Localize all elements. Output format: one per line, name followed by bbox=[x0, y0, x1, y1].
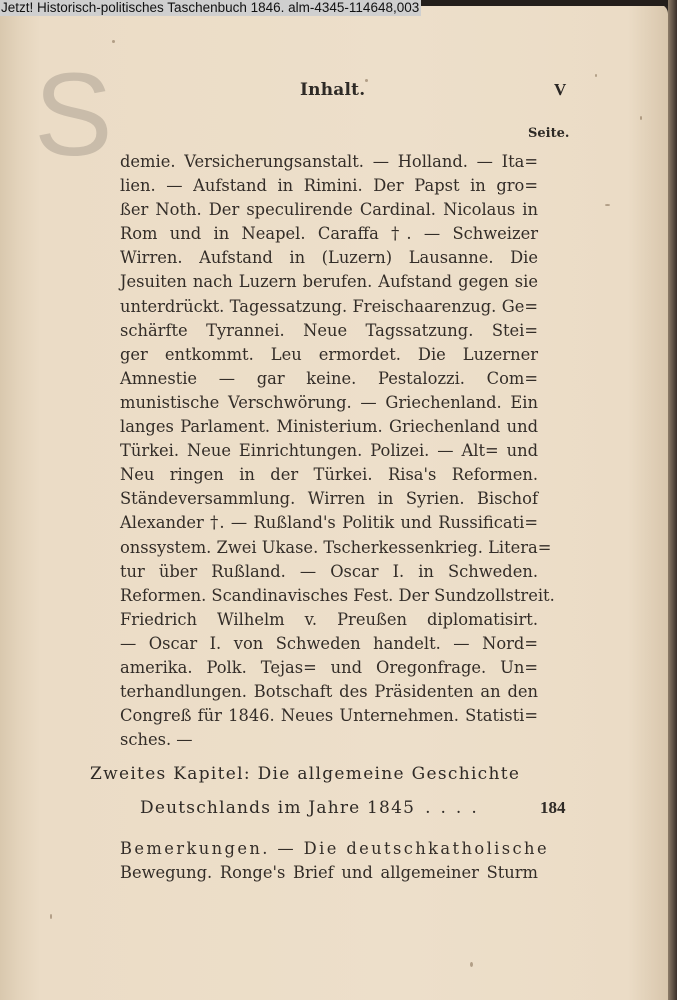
chapter-heading: Zweites Kapitel: Die allgemeine Geschich… bbox=[90, 764, 535, 828]
text-line: schärfte Tyrannei. Neue Tagssatzung. Ste… bbox=[120, 319, 538, 343]
text-line: Amnestie — gar keine. Pestalozzi. Com= bbox=[120, 367, 538, 391]
running-header-title: Inhalt. bbox=[300, 80, 365, 100]
text-line: Ständeversammlung. Wirren in Syrien. Bis… bbox=[120, 487, 538, 511]
chapter-page-number: 184 bbox=[540, 798, 566, 818]
text-line: Wirren. Aufstand in (Luzern) Lausanne. D… bbox=[120, 246, 538, 270]
text-line: tur über Rußland. — Oscar I. in Schweden… bbox=[120, 560, 538, 584]
watermark-letter: S bbox=[34, 56, 113, 174]
text-line: unterdrückt. Tagessatzung. Freischaarenz… bbox=[120, 295, 538, 319]
text-line: Rom und in Neapel. Caraffa †. — Schweize… bbox=[120, 222, 538, 246]
text-line: Alexander †. — Rußland's Politik und Rus… bbox=[120, 511, 538, 535]
text-line: langes Parlament. Ministerium. Griechenl… bbox=[120, 415, 538, 439]
text-line: Friedrich Wilhelm v. Preußen diplomatisi… bbox=[120, 608, 538, 632]
text-line: lien. — Aufstand in Rimini. Der Papst in… bbox=[120, 174, 538, 198]
text-line: — Oscar I. von Schweden handelt. — Nord= bbox=[120, 632, 538, 656]
chapter-title-text: Deutschlands im Jahre 1845 bbox=[140, 798, 415, 818]
text-line: demie. Versicherungsanstalt. — Holland. … bbox=[120, 150, 538, 174]
text-line: Reformen. Scandinavisches Fest. Der Sund… bbox=[120, 584, 538, 608]
toc-entry-description: demie. Versicherungsanstalt. — Holland. … bbox=[120, 150, 538, 752]
chapter-title-line-1: Zweites Kapitel: Die allgemeine Geschich… bbox=[90, 764, 535, 798]
chapter-summary: Bemerkungen. — Die deutschkatholische Be… bbox=[120, 837, 538, 885]
page-number: V bbox=[554, 80, 566, 100]
text-line: Türkei. Neue Einrichtungen. Polizei. — A… bbox=[120, 439, 538, 463]
text-line: Bewegung. Ronge's Brief und allgemeiner … bbox=[120, 861, 538, 885]
image-caption-bar: Jetzt! Historisch-politisches Taschenbuc… bbox=[0, 0, 421, 16]
chapter-title-line-2: Deutschlands im Jahre 1845.... bbox=[90, 798, 535, 828]
text-line: munistische Verschwörung. — Griechenland… bbox=[120, 391, 538, 415]
text-line: ger entkommt. Leu ermordet. Die Luzerner bbox=[120, 343, 538, 367]
text-line: amerika. Polk. Tejas= und Oregonfrage. U… bbox=[120, 656, 538, 680]
dot-leader: .... bbox=[425, 798, 487, 818]
page-edge-shadow bbox=[668, 0, 677, 1000]
text-line: ßer Noth. Der speculirende Cardinal. Nic… bbox=[120, 198, 538, 222]
text-line: onssystem. Zwei Ukase. Tscherkessenkrieg… bbox=[120, 536, 538, 560]
text-line: Congreß für 1846. Neues Unternehmen. Sta… bbox=[120, 704, 538, 728]
text-line: terhandlungen. Botschaft des Präsidenten… bbox=[120, 680, 538, 704]
text-line: sches. — bbox=[120, 728, 538, 752]
text-line: Bemerkungen. — Die deutschkatholische bbox=[120, 837, 538, 861]
text-line: Neu ringen in der Türkei. Risa's Reforme… bbox=[120, 463, 538, 487]
page-column-label: Seite. bbox=[528, 126, 569, 141]
text-line: Jesuiten nach Luzern berufen. Aufstand g… bbox=[120, 270, 538, 294]
